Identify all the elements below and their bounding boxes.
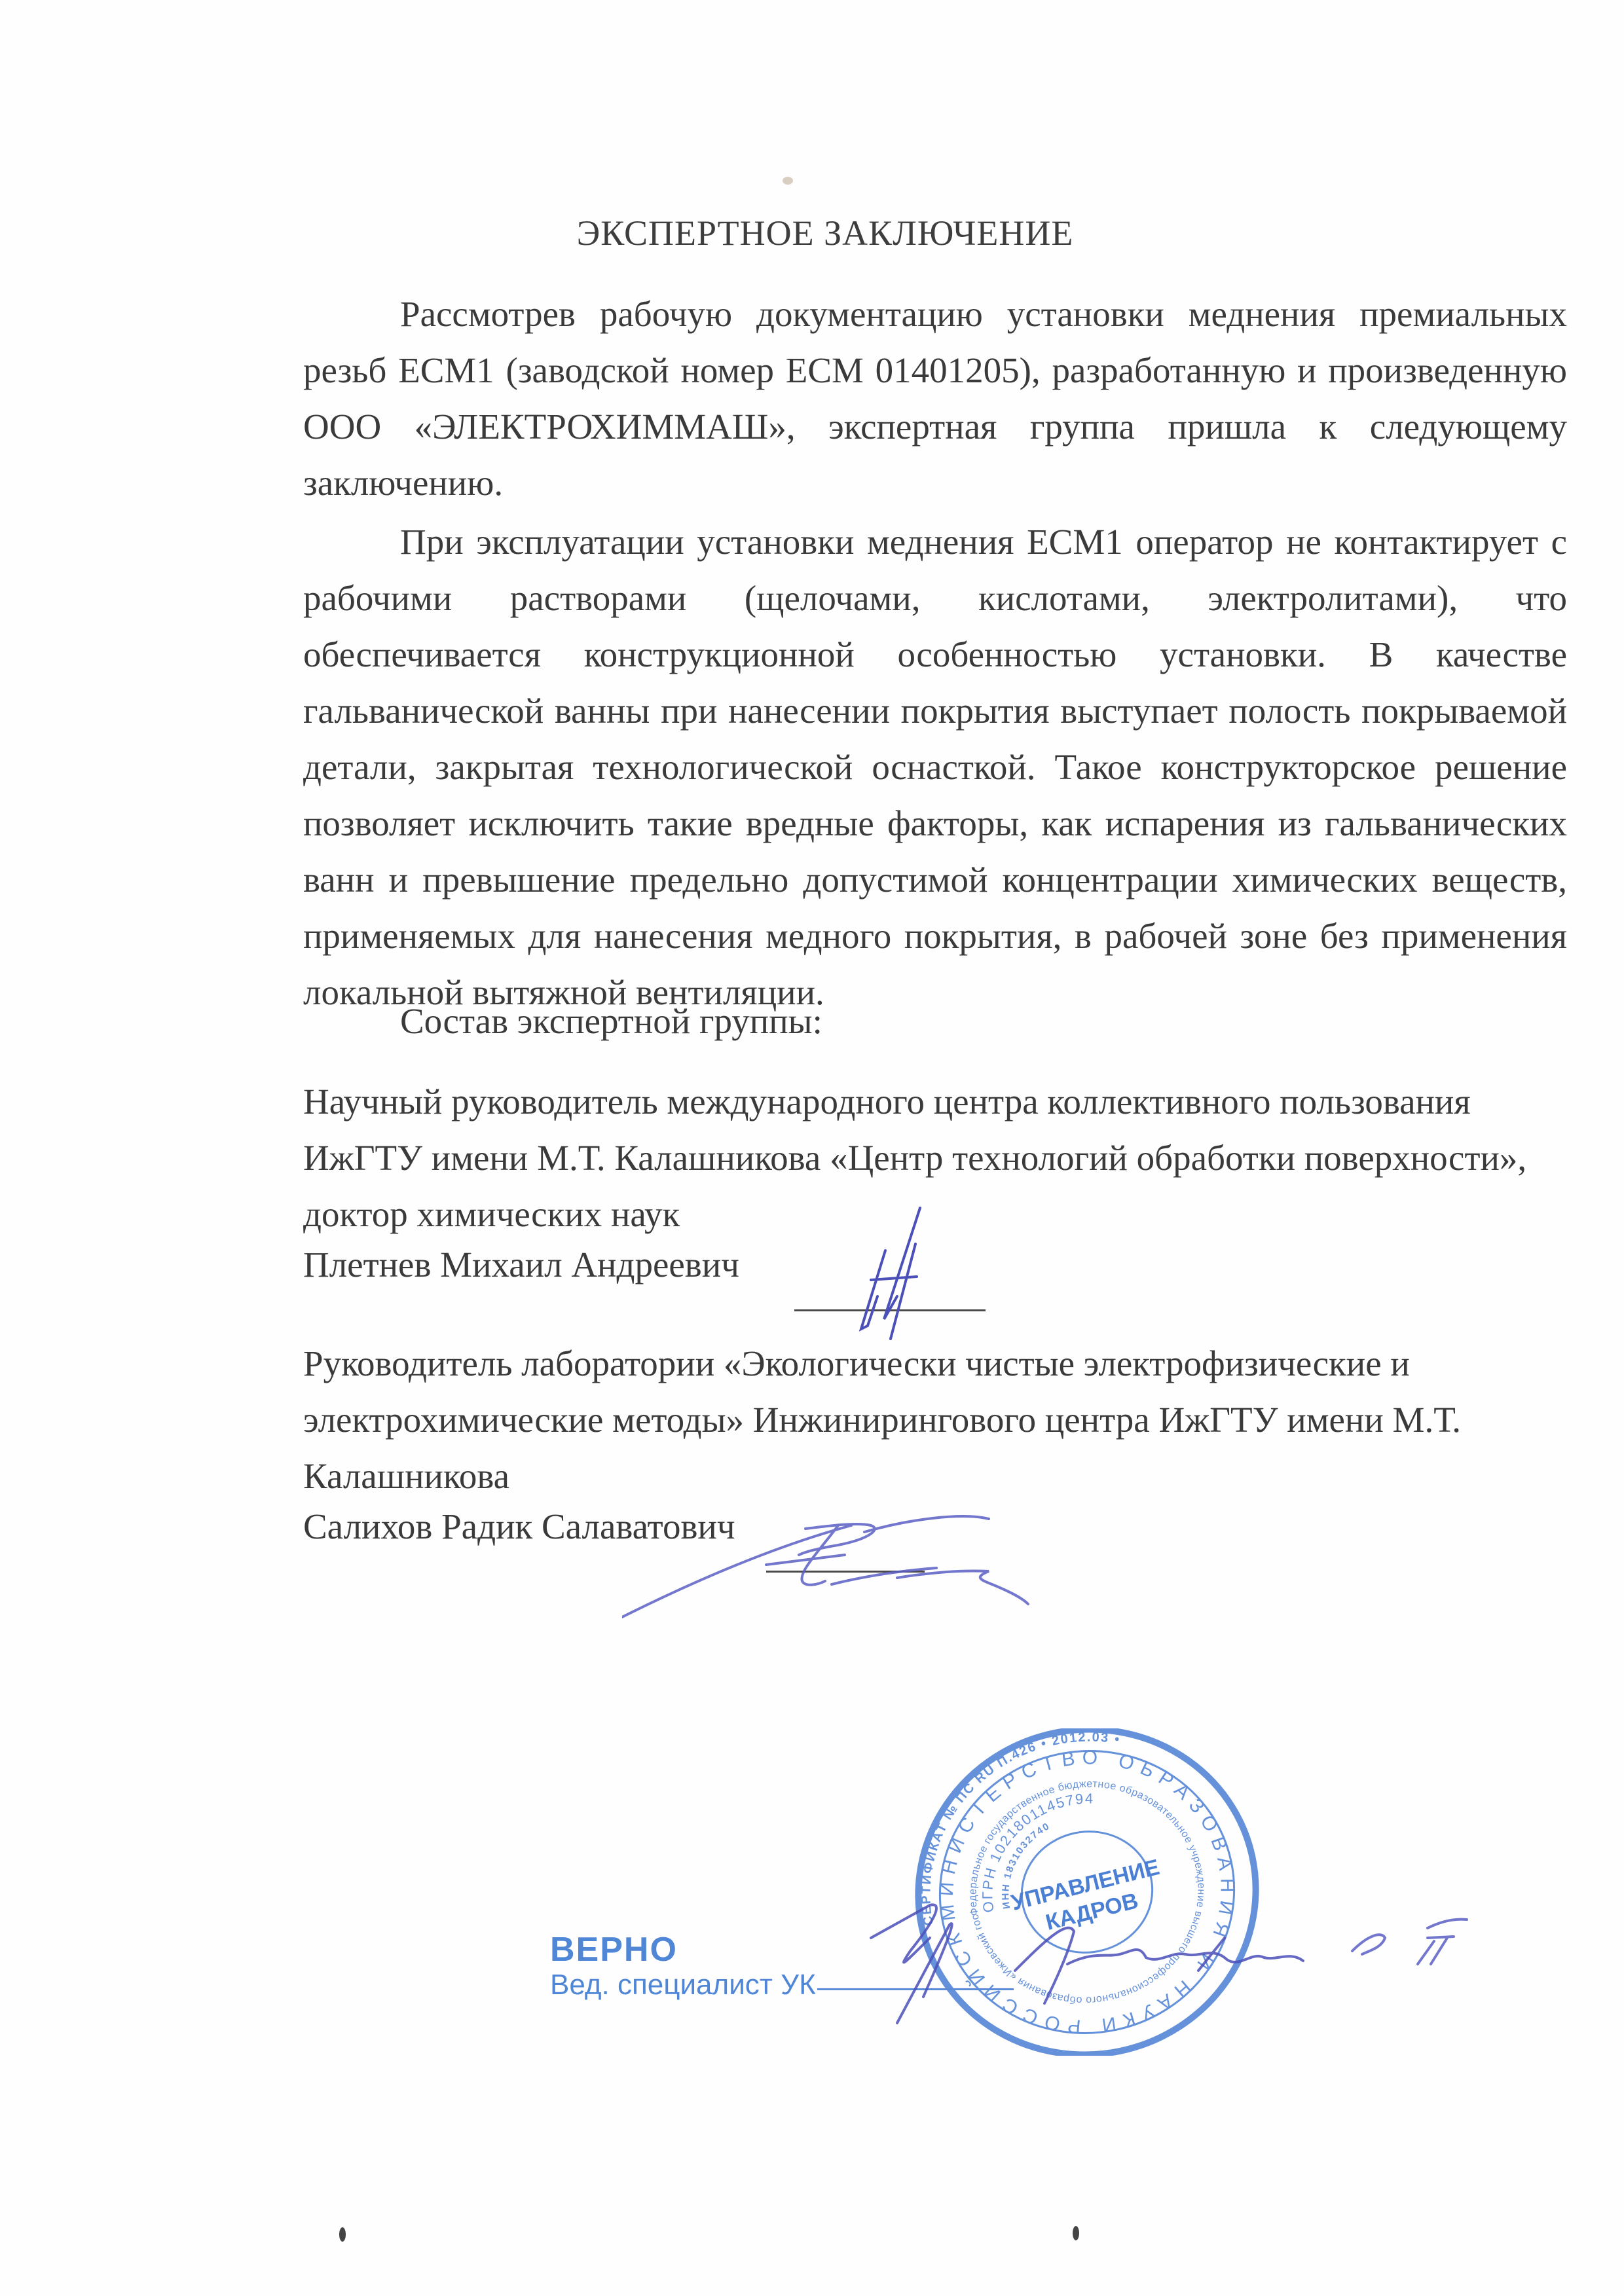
scan-speck [783, 177, 793, 185]
binder-mark-left [339, 2227, 346, 2242]
verno-signature-line [817, 1988, 1014, 1990]
document-page: ЭКСПЕРТНОЕ ЗАКЛЮЧЕНИЕ Рассмотрев рабочую… [0, 0, 1624, 2296]
signature-line-2 [766, 1571, 925, 1573]
document-title: ЭКСПЕРТНОЕ ЗАКЛЮЧЕНИЕ [0, 213, 1624, 253]
member-1-name: Плетнев Михаил Андреевич [303, 1244, 739, 1285]
signature-line-1 [794, 1309, 986, 1311]
member-2-name: Салихов Радик Салаватович [303, 1506, 735, 1547]
paragraph-review: Рассмотрев рабочую документацию установк… [303, 286, 1567, 511]
binder-mark-right [1073, 2226, 1079, 2240]
verno-role-label: Вед. специалист УК [550, 1968, 816, 2002]
paragraph-operation: При эксплуатации установки меднения ECM1… [303, 514, 1567, 1021]
verno-label: ВЕРНО [550, 1931, 816, 1968]
member-2-position: Руководитель лаборатории «Экологически ч… [303, 1336, 1534, 1504]
expert-group-heading: Состав экспертной группы: [400, 1000, 822, 1042]
member-1-position: Научный руководитель международного цент… [303, 1074, 1547, 1243]
official-stamp: СЕРТИФИКАТ № ПС RU П.426 • 2012.03 • МИН… [904, 1728, 1270, 2056]
certification-block: ВЕРНО Вед. специалист УК [550, 1931, 816, 2002]
